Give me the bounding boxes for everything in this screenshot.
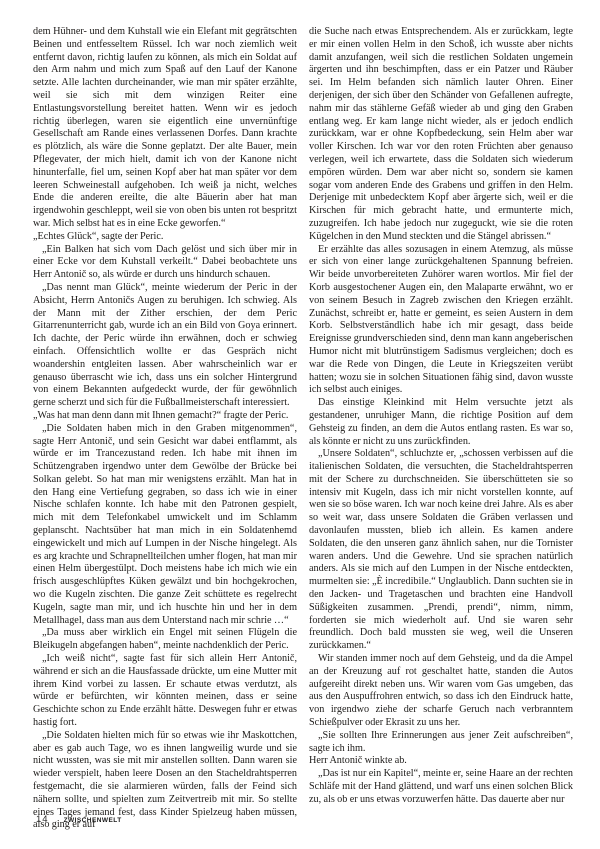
paragraph: „Unsere Soldaten“, schluchzte er, „schos…	[309, 448, 573, 653]
paragraph: „Die Soldaten haben mich in den Graben m…	[33, 423, 297, 628]
left-text-column: dem Hühner- und dem Kuhstall wie ein Ele…	[33, 26, 297, 832]
journal-running-title: ZWISCHENWELT	[64, 817, 122, 824]
page-number: 14	[36, 814, 49, 825]
paragraph: Das einstige Kleinkind mit Helm versucht…	[309, 397, 573, 448]
text-columns: dem Hühner- und dem Kuhstall wie ein Ele…	[33, 26, 573, 832]
paragraph: „Da muss aber wirklich ein Engel mit sei…	[33, 627, 297, 653]
paragraph: „Was hat man denn dann mit Ihnen gemacht…	[33, 410, 297, 423]
paragraph: „Ein Balken hat sich vom Dach gelöst und…	[33, 244, 297, 282]
paragraph: Wir standen immer noch auf dem Gehsteig,…	[309, 653, 573, 730]
paragraph: Herr Antonič winkte ab.	[309, 755, 573, 768]
paragraph: „Sie sollten Ihre Erinnerungen aus jener…	[309, 730, 573, 756]
paragraph: dem Hühner- und dem Kuhstall wie ein Ele…	[33, 26, 297, 231]
paragraph: „Das ist nur ein Kapitel“, meinte er, se…	[309, 768, 573, 806]
paragraph: die Suche nach etwas Entsprechendem. Als…	[309, 26, 573, 244]
paragraph: „Echtes Glück“, sagte der Peric.	[33, 231, 297, 244]
page: dem Hühner- und dem Kuhstall wie ein Ele…	[0, 0, 600, 849]
paragraph: „Ich weiß nicht“, sagte fast für sich al…	[33, 653, 297, 730]
right-text-column: die Suche nach etwas Entsprechendem. Als…	[309, 26, 573, 832]
page-footer: 14 ZWISCHENWELT	[36, 814, 122, 825]
paragraph: Er erzählte das alles sozusagen in einem…	[309, 244, 573, 398]
paragraph: „Das nennt man Glück“, meinte wiederum d…	[33, 282, 297, 410]
